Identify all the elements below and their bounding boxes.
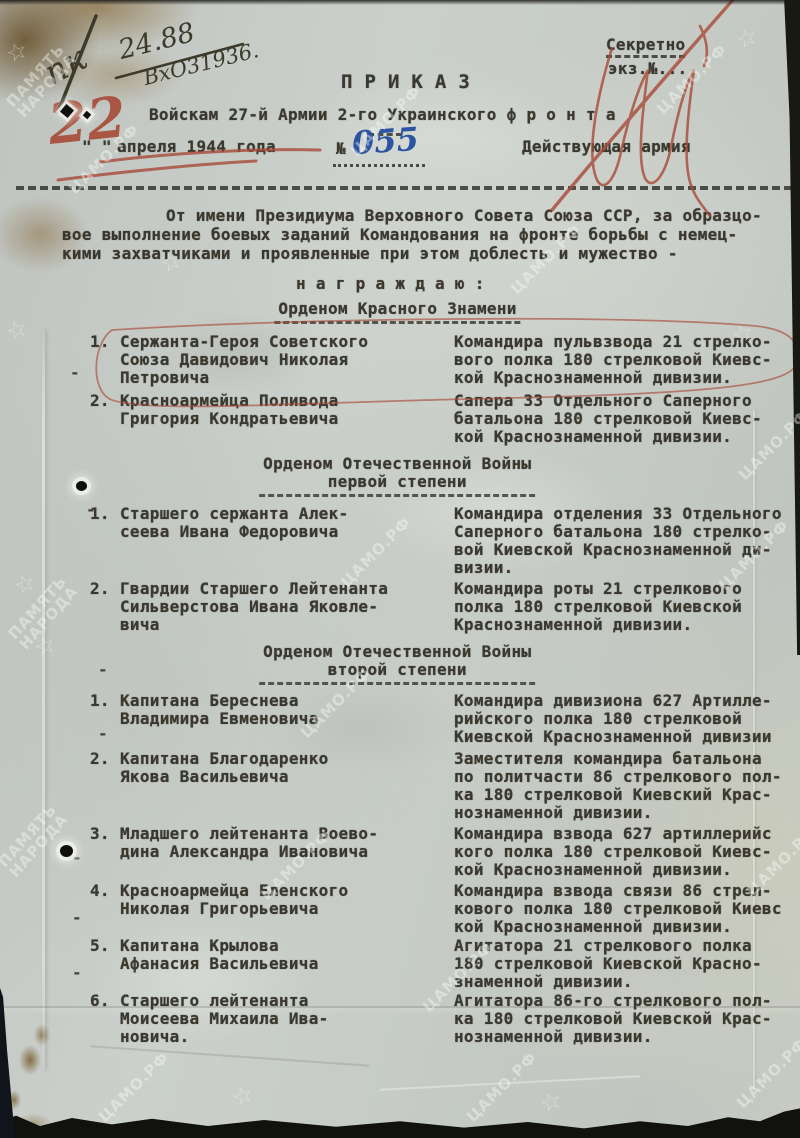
star-watermark: ☆ — [2, 313, 32, 347]
project-watermark: ПАМЯТЬНАРОДА — [6, 574, 81, 653]
awardee-position: Командира отделения 33 Отдельного Саперн… — [454, 505, 796, 577]
awardee-name: Капитана Крылова Афанасия Васильевича — [120, 937, 445, 991]
scan-edge-top — [0, 0, 800, 5]
award-entry: 5. Капитана Крылова Афанасия Васильевича… — [90, 937, 796, 991]
margin-dash: - — [70, 363, 80, 382]
award-entry: 4. Красноармейца Еленского Николая Григо… — [90, 882, 796, 936]
awardee-name: Сержанта-Героя Советского Союза Давидови… — [120, 333, 445, 387]
awardee-position: Командира дивизиона 627 Артилле- рийског… — [454, 692, 796, 746]
project-watermark-line2: НАРОДА — [16, 582, 82, 653]
section-heading-patriotic-war-1st: Орденом Отечественной Войны первой степе… — [259, 455, 535, 497]
star-watermark: ☆ — [10, 567, 40, 601]
archive-watermark: ЦАМО.РФ — [463, 1048, 541, 1126]
entry-number: 5. — [90, 937, 120, 991]
awardee-name: Капитана Береснева Владимира Евменовича — [120, 692, 445, 746]
diagonal-crease — [380, 1075, 640, 1091]
section-heading-patriotic-war-2nd: Орденом Отечественной Войны второй степе… — [259, 643, 535, 685]
margin-dash: - — [72, 963, 82, 982]
margin-dash: - — [72, 848, 82, 867]
star-watermark: ☆ — [2, 35, 32, 69]
punch-hole — [76, 481, 87, 491]
order-number-label: № — [336, 140, 346, 158]
star-watermark: ☆ — [30, 629, 60, 663]
awardee-name: Капитана Благодаренко Якова Васильевича — [120, 750, 445, 822]
vertical-crease — [42, 330, 45, 1070]
classification-stamp: Секретно — [606, 36, 685, 58]
project-watermark-line1: ПАМЯТЬ — [0, 801, 60, 871]
star-watermark: ☆ — [732, 21, 762, 55]
separator-line — [16, 186, 792, 190]
registration-initials: пк — [37, 38, 93, 93]
section-heading-red-banner: Орденом Красного Знамени — [274, 300, 520, 324]
award-entry: 6. Старшего лейтенанта Моисеева Михаила … — [90, 992, 796, 1046]
awardee-name: Красноармейца Еленского Николая Григорье… — [120, 882, 445, 936]
diagonal-crease — [90, 1045, 369, 1067]
margin-dash: - — [98, 724, 108, 743]
entry-number: 4. — [90, 882, 120, 936]
award-entry: 2. Красноармейца Поливода Григория Кондр… — [90, 392, 796, 446]
entry-number: 2. — [90, 580, 120, 634]
award-entry: 2. Капитана Благодаренко Якова Васильеви… — [90, 750, 796, 822]
handwritten-order-number: 055 — [351, 120, 420, 163]
entry-number: 2. — [90, 392, 120, 446]
entry-number: 2. — [90, 750, 120, 822]
order-title: П Р И К А З — [341, 73, 470, 91]
awardee-name: Старшего лейтенанта Моисеева Михаила Ива… — [120, 992, 445, 1046]
scan-edge-bottom — [0, 1098, 800, 1138]
award-entry: 3. Младшего лейтенанта Воево- дина Алекс… — [90, 825, 796, 879]
award-entry: 2. Гвардии Старшего Лейтенанта Сильверст… — [90, 580, 796, 634]
awardee-name: Красноармейца Поливода Григория Кондрать… — [120, 392, 445, 446]
project-watermark: ПАМЯТЬНАРОДА — [0, 802, 71, 881]
awardee-position: Агитатора 86-го стрелкового пол- ка 180 … — [454, 992, 796, 1046]
project-watermark-line1: ПАМЯТЬ — [5, 573, 71, 643]
preamble-paragraph: От имени Президиума Верховного Совета Со… — [62, 206, 792, 263]
star-watermark: ☆ — [228, 1079, 258, 1113]
scan-edge-bottom-left — [0, 988, 17, 1138]
margin-dash: - — [98, 660, 108, 679]
entry-number: 1. — [90, 333, 120, 387]
punch-hole — [60, 845, 73, 857]
awardee-position: Командира взвода 627 артиллерийс кого по… — [454, 825, 796, 879]
entry-number: 6. — [90, 992, 120, 1046]
awardee-position: Командира взвода связи 86 стрел- кового … — [454, 882, 796, 936]
scanned-order-document: пк 24.88 ВхО31936. Секретно экз.№... П Р… — [0, 0, 800, 1138]
date-typed: апреля 1944 года — [117, 138, 276, 156]
army-note: Действующая армия — [522, 138, 691, 156]
margin-dash: - — [72, 908, 82, 927]
awardee-position: Командира роты 21 стрелкового полка 180 … — [454, 580, 796, 634]
copy-number-line: экз.№... — [608, 60, 687, 78]
archive-watermark: ЦАМО.РФ — [95, 1048, 173, 1126]
awardee-name: Старшего сержанта Алек- сеева Ивана Федо… — [120, 505, 445, 577]
award-declaration: н а г р а ж д а ю : — [296, 275, 485, 293]
star-watermark: ☆ — [536, 1085, 566, 1119]
awardee-position: Командира пульвзвода 21 стрелко- вого по… — [454, 333, 796, 387]
award-entry: 1. Старшего сержанта Алек- сеева Ивана Ф… — [90, 505, 796, 577]
awardee-name: Гвардии Старшего Лейтенанта Сильверстова… — [120, 580, 445, 634]
handwritten-day: 22 — [45, 84, 129, 158]
number-dotted-line — [333, 164, 425, 167]
award-entry: 1. Капитана Береснева Владимира Евменови… — [90, 692, 796, 746]
margin-dash: - — [86, 500, 96, 519]
award-entry: 1. Сержанта-Героя Советского Союза Давид… — [90, 333, 796, 387]
awardee-position: Агитатора 21 стрелкового полка 180 стрел… — [454, 937, 796, 991]
awardee-name: Младшего лейтенанта Воево- дина Александ… — [120, 825, 445, 879]
entry-number: 3. — [90, 825, 120, 879]
awardee-position: Заместителя командира батальона по полит… — [454, 750, 796, 822]
awardee-position: Сапера 33 Отдельного Саперного батальона… — [454, 392, 796, 446]
